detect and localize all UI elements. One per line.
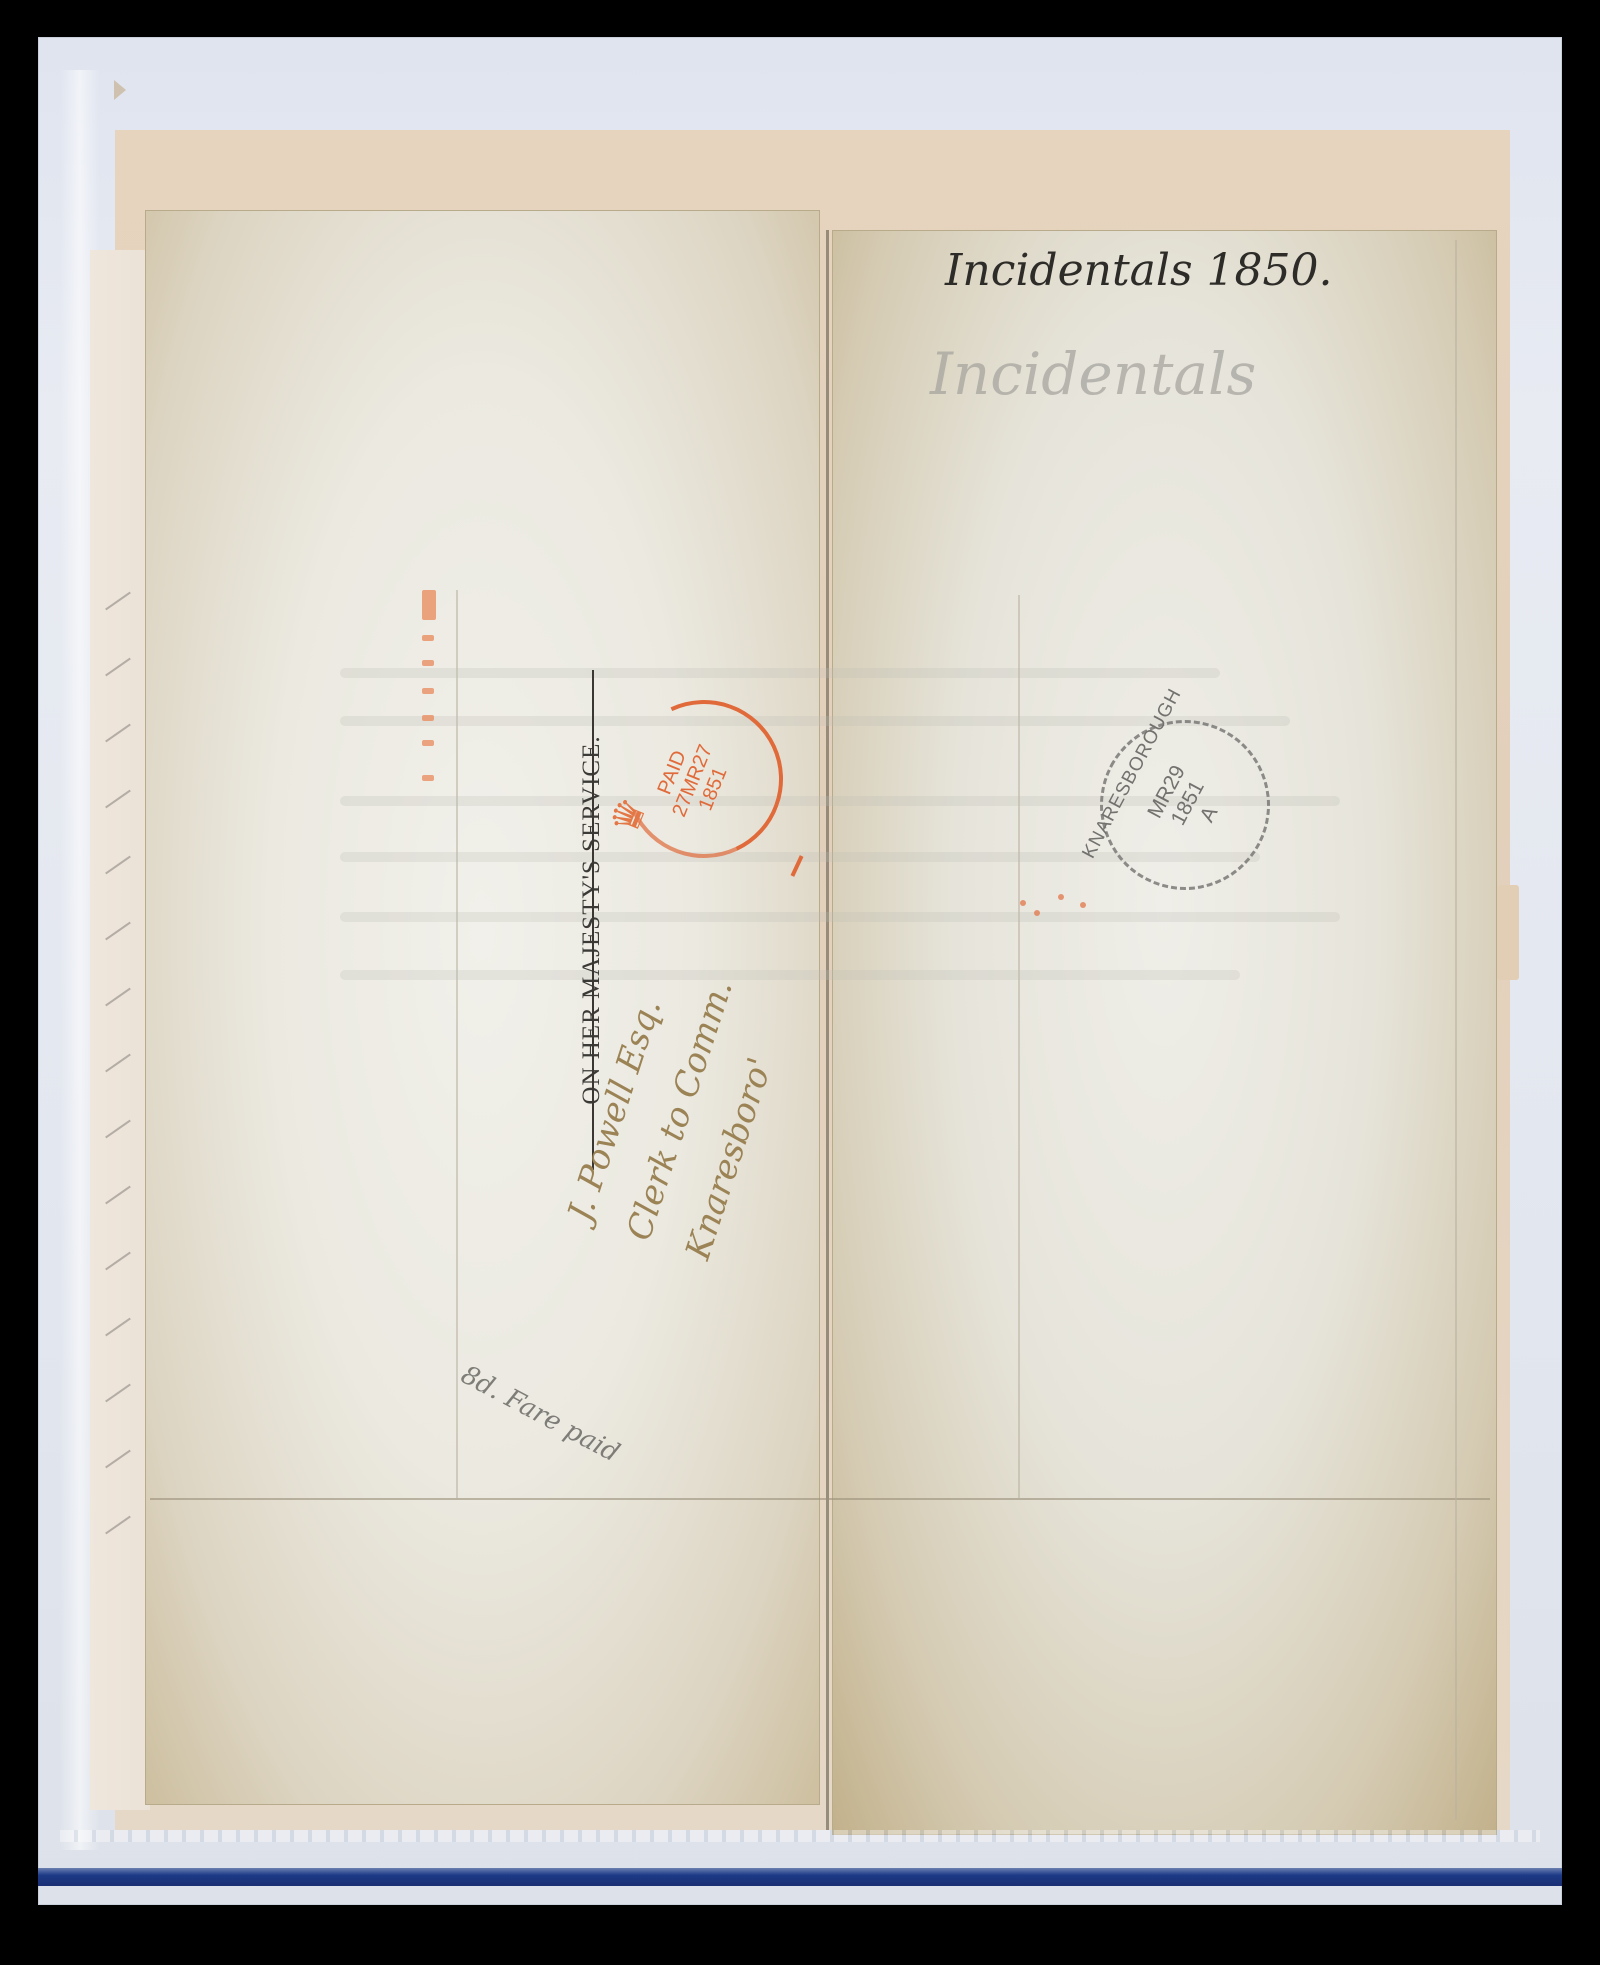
- show-through-text: [340, 970, 1240, 980]
- red-stamp-fragment: [418, 590, 442, 790]
- cover-right-panel: [832, 230, 1497, 1835]
- paid-crown-postmark: ♛ PAID 27MR27 1851: [595, 700, 785, 890]
- pencil-tally-marks: [95, 600, 145, 1720]
- show-through-text: [340, 668, 1220, 678]
- bottom-fold-line: [150, 1498, 1490, 1500]
- paper-tab: [1497, 885, 1519, 980]
- sleeve-binding-strip: [38, 1868, 1562, 1886]
- faint-docket: Incidentals: [930, 340, 1256, 408]
- flap-edge-right: [1018, 595, 1020, 1500]
- flap-edge-left: [456, 590, 458, 1500]
- sleeve-corner-tab: [114, 80, 126, 100]
- panel-edge-right: [1455, 240, 1457, 1820]
- manuscript-address: J. Powell Esq. Clerk to Comm. Knaresboro…: [590, 900, 770, 1320]
- docket-inscription: Incidentals 1850.: [945, 245, 1333, 296]
- center-fold-line: [826, 230, 829, 1830]
- sleeve-seam: [60, 1830, 1540, 1842]
- show-through-text: [340, 912, 1340, 922]
